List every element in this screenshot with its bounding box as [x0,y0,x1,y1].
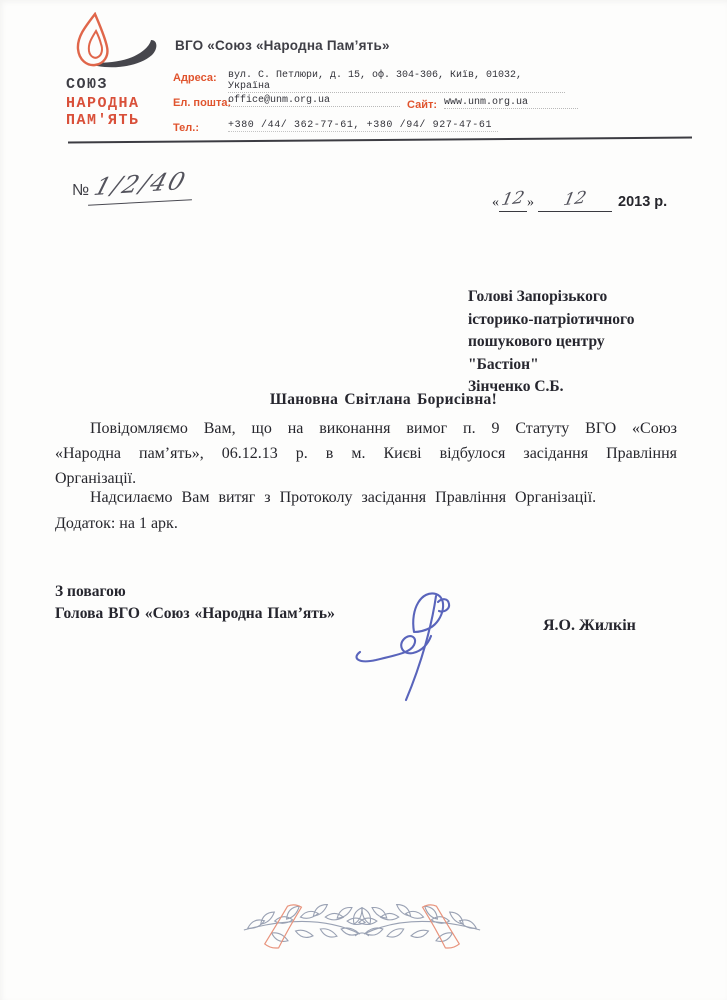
signer-name: Я.О. Жилкін [543,617,636,635]
scanned-letter-page: СОЮЗ НАРОДНА ПАМ'ЯТЬ ВГО «Союз «Народна … [0,0,727,1000]
recipient-block: Голові Запорізького історико-патріотично… [468,286,678,399]
site-label: Сайт: [407,99,437,111]
recipient-line: Голові Запорізького [468,286,678,309]
closing-line-1: З повагою [55,583,126,601]
tel-value: +380 /44/ 362-77-61, +380 /94/ 927-47-61 [228,120,498,132]
date-block: «12»122013 р. [492,191,667,212]
recipient-line: "Бастіон" [468,354,678,377]
logo-text-line2: НАРОДНА [66,95,140,112]
ref-number-label: № [72,182,89,200]
date-day-handwritten: 12 [500,188,526,210]
address-label: Адреса: [173,72,217,84]
recipient-line: пошукового центру [468,331,678,354]
date-month-field: 12 [538,191,612,212]
date-day-field: 12 [499,191,527,212]
date-month-handwritten: 12 [562,188,588,210]
logo-text-line1: СОЮЗ [66,76,108,93]
attachment-note: Додаток: на 1 арк. [55,515,178,533]
address-value: вул. С. Петлюри, д. 15, оф. 304-306, Киї… [228,70,565,93]
ref-number-underline [88,199,192,205]
salutation: Шановна Світлана Борисівна! [80,391,687,409]
date-open-quote: « [492,195,499,210]
handwritten-signature [352,586,472,704]
body-paragraph-1: Повідомляємо Вам, що на виконання вимог … [55,416,677,491]
recipient-line: історико-патріотичного [468,309,678,332]
flame-icon [64,12,168,74]
header-rule [68,137,692,144]
tel-label: Тел.: [173,122,199,134]
wreath-left-branch [244,903,366,943]
laurel-wreath-icon [228,903,496,957]
date-year: 2013 р. [618,194,667,210]
org-name: ВГО «Союз «Народна Пам’ять» [175,38,390,53]
email-value: office@unm.org.ua [228,95,400,107]
body-paragraph-2: Надсилаємо Вам витяг з Протоколу засідан… [55,489,695,507]
wreath-right-branch [358,903,480,943]
closing-line-2: Голова ВГО «Союз «Народна Пам’ять» [55,605,335,623]
logo-text-line3: ПАМ'ЯТЬ [66,112,140,129]
site-value: www.unm.org.ua [444,97,578,109]
email-label: Ел. пошта: [173,97,231,109]
date-close-quote: » [527,195,534,210]
ref-number-handwritten: 1/2/40 [91,167,191,201]
